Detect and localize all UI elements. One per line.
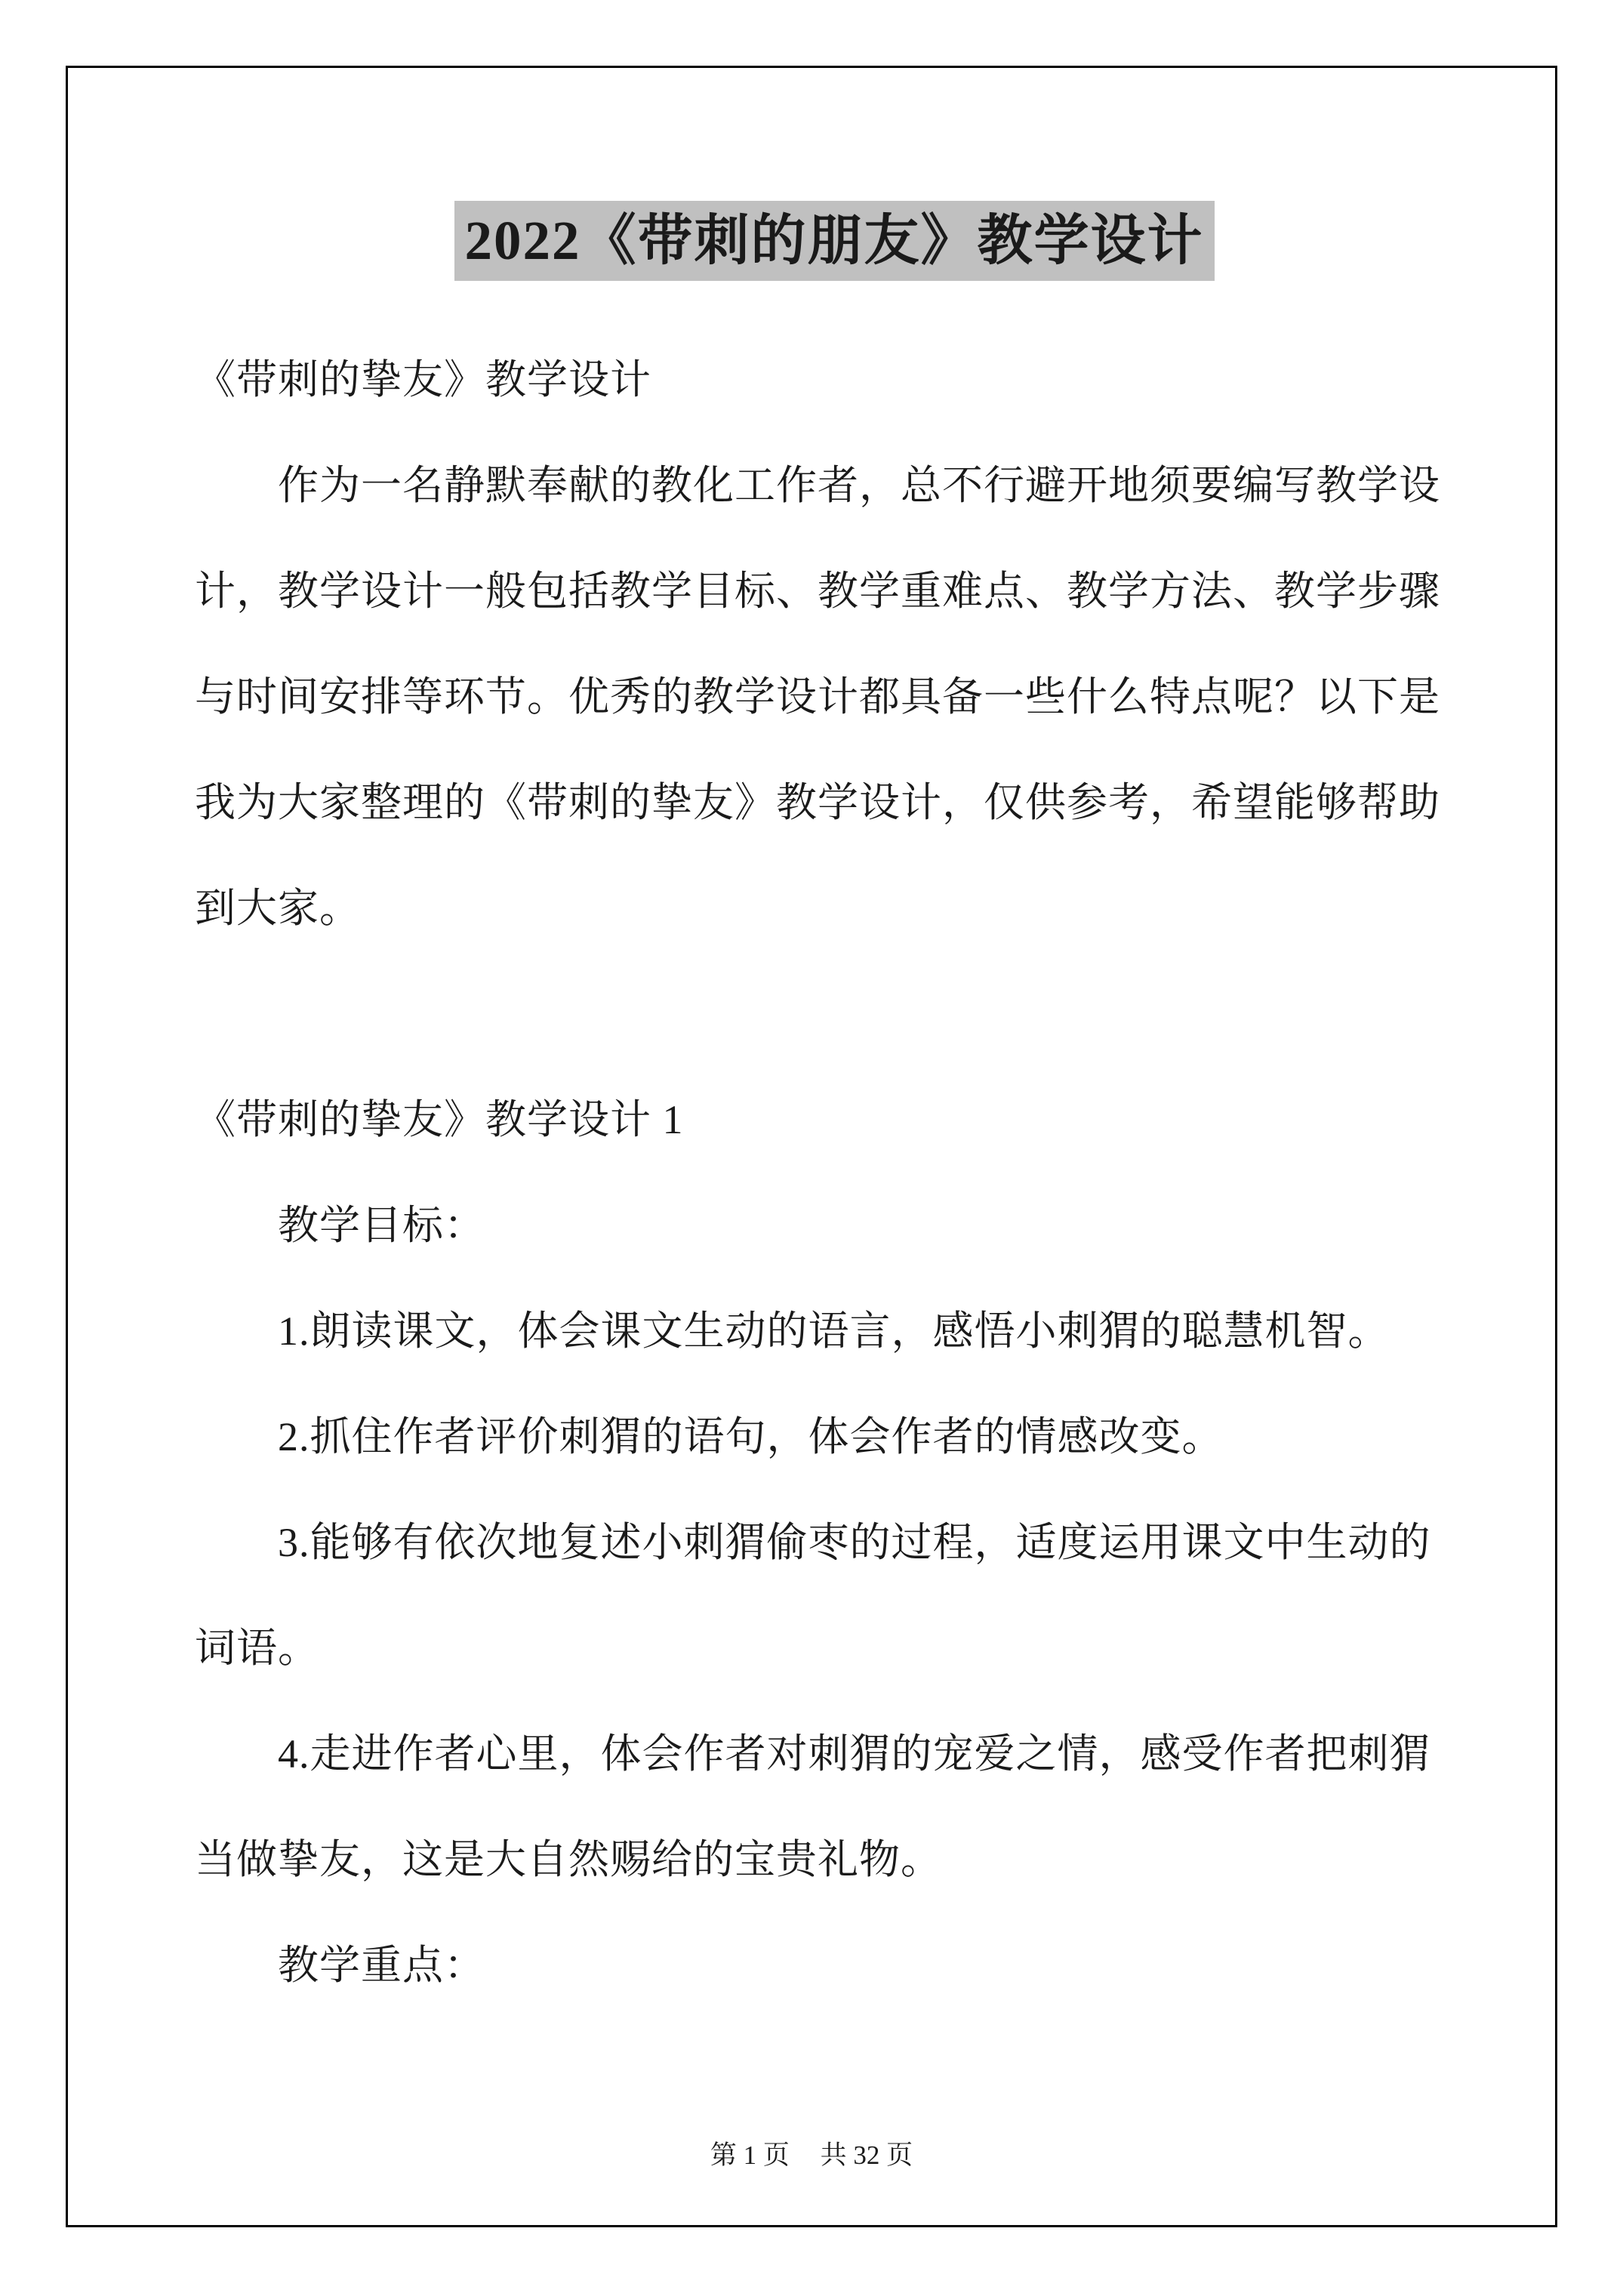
- document-title-row: 2022《带刺的朋友》教学设计: [195, 201, 1474, 281]
- text-line: 3.能够有依次地复述小刺猬偷枣的过程，适度运用课文中生动的: [195, 1490, 1474, 1595]
- text-line: 当做挚友，这是大自然赐给的宝贵礼物。: [195, 1807, 1474, 1912]
- document-content: 2022《带刺的朋友》教学设计 《带刺的挚友》教学设计 作为一名静默奉献的教化工…: [195, 68, 1474, 2018]
- document-title: 2022《带刺的朋友》教学设计: [454, 201, 1215, 281]
- footer-page-number: 第 1 页: [710, 2140, 790, 2171]
- text-line: 词语。: [195, 1595, 1474, 1701]
- section-heading: 《带刺的挚友》教学设计 1: [195, 1067, 1474, 1173]
- text-line: 1.朗读课文，体会课文生动的语言，感悟小刺猬的聪慧机智。: [195, 1278, 1474, 1384]
- document-body: 《带刺的挚友》教学设计 作为一名静默奉献的教化工作者，总不行避开地须要编写教学设…: [195, 327, 1474, 2018]
- text-line: 4.走进作者心里，体会作者对刺猬的宠爱之情，感受作者把刺猬: [195, 1701, 1474, 1807]
- text-line: 《带刺的挚友》教学设计: [195, 327, 1474, 433]
- text-line: 到大家。: [195, 855, 1474, 961]
- footer-page-total: 共 32 页: [821, 2140, 913, 2171]
- text-line: 我为大家整理的《带刺的挚友》教学设计，仅供参考，希望能够帮助: [195, 750, 1474, 855]
- text-line: 教学目标：: [195, 1173, 1474, 1278]
- text-line: 计，教学设计一般包括教学目标、教学重难点、教学方法、教学步骤: [195, 538, 1474, 644]
- text-line: 与时间安排等环节。优秀的教学设计都具备一些什么特点呢？以下是: [195, 644, 1474, 750]
- text-line: 教学重点：: [195, 1912, 1474, 2018]
- page-footer: 第 1 页 共 32 页: [68, 2140, 1555, 2171]
- text-line: 作为一名静默奉献的教化工作者，总不行避开地须要编写教学设: [195, 433, 1474, 538]
- text-line: 2.抓住作者评价刺猬的语句，体会作者的情感改变。: [195, 1384, 1474, 1490]
- page-frame: 2022《带刺的朋友》教学设计 《带刺的挚友》教学设计 作为一名静默奉献的教化工…: [66, 66, 1557, 2227]
- blank-line: [195, 961, 1474, 1067]
